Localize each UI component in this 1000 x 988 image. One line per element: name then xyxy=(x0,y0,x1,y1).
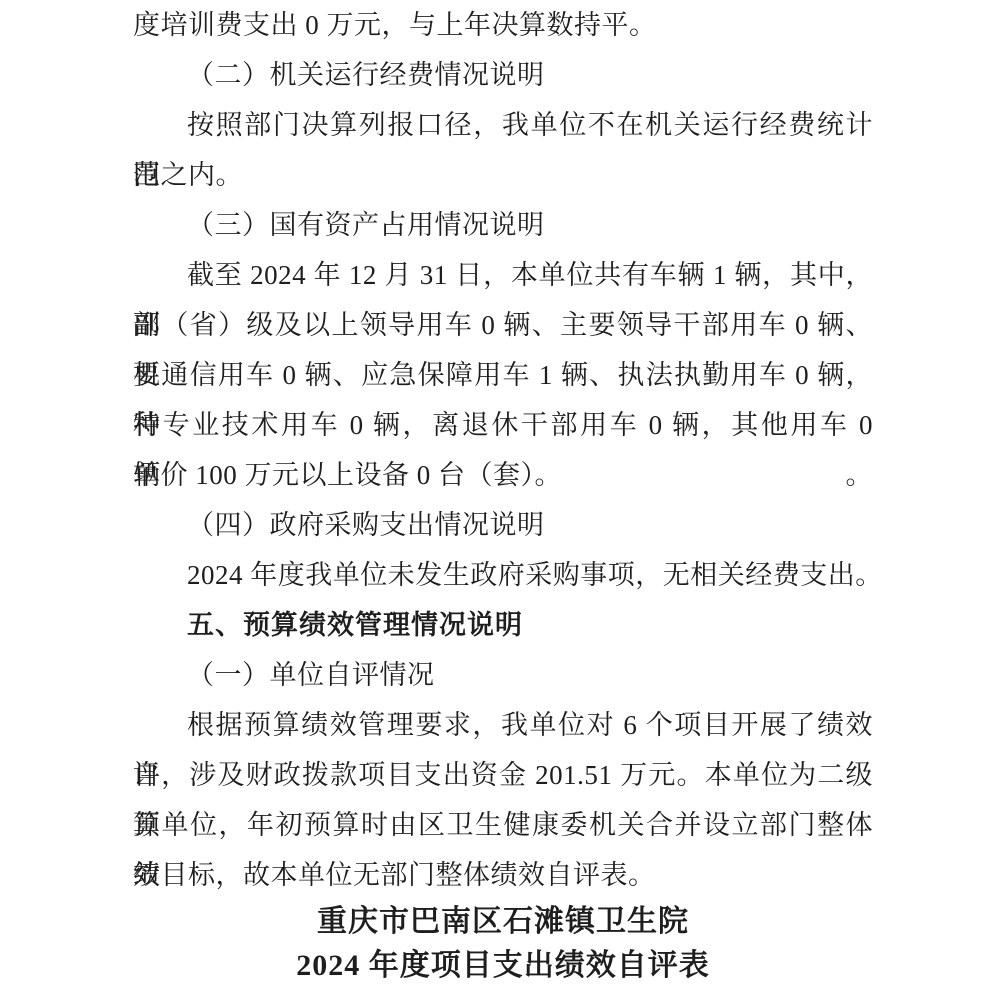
subsection-heading-4: （四）政府采购支出情况说明 xyxy=(133,500,873,550)
paragraph-continuation-line: 度培训费支出 0 万元，与上年决算数持平。 xyxy=(133,0,873,50)
body-line: 部（省）级及以上领导用车 0 辆、主要领导干部用车 0 辆、机 xyxy=(133,300,873,350)
body-line: 种专业技术用车 0 辆，离退休干部用车 0 辆，其他用车 0 辆。 xyxy=(133,400,873,450)
paragraph-continuation-line: 效目标，故本单位无部门整体绩效自评表。 xyxy=(133,850,873,900)
section-heading-5: 五、预算绩效管理情况说明 xyxy=(133,600,873,650)
org-title: 重庆市巴南区石滩镇卫生院 xyxy=(133,900,873,944)
paragraph-continuation-line: 围之内。 xyxy=(133,150,873,200)
body-line: 2024 年度我单位未发生政府采购事项，无相关经费支出。 xyxy=(133,550,873,600)
text-column: 度培训费支出 0 万元，与上年决算数持平。 （二）机关运行经费情况说明 按照部门… xyxy=(133,0,873,988)
body-line: 按照部门决算列报口径，我单位不在机关运行经费统计范 xyxy=(133,100,873,150)
document-page: 度培训费支出 0 万元，与上年决算数持平。 （二）机关运行经费情况说明 按照部门… xyxy=(0,0,1000,988)
body-line: 要通信用车 0 辆、应急保障用车 1 辆、执法执勤用车 0 辆，特 xyxy=(133,350,873,400)
table-title: 2024 年度项目支出绩效自评表 xyxy=(133,944,873,988)
body-line: 评，涉及财政拨款项目支出资金 201.51 万元。本单位为二级预 xyxy=(133,750,873,800)
subsection-heading-2: （二）机关运行经费情况说明 xyxy=(133,50,873,100)
body-line: 算单位，年初预算时由区卫生健康委机关合并设立部门整体绩 xyxy=(133,800,873,850)
subsection-heading-3: （三）国有资产占用情况说明 xyxy=(133,200,873,250)
subsection-heading-1: （一）单位自评情况 xyxy=(133,650,873,700)
body-line: 截至 2024 年 12 月 31 日，本单位共有车辆 1 辆，其中，副 xyxy=(133,250,873,300)
body-line: 根据预算绩效管理要求，我单位对 6 个项目开展了绩效自 xyxy=(133,700,873,750)
